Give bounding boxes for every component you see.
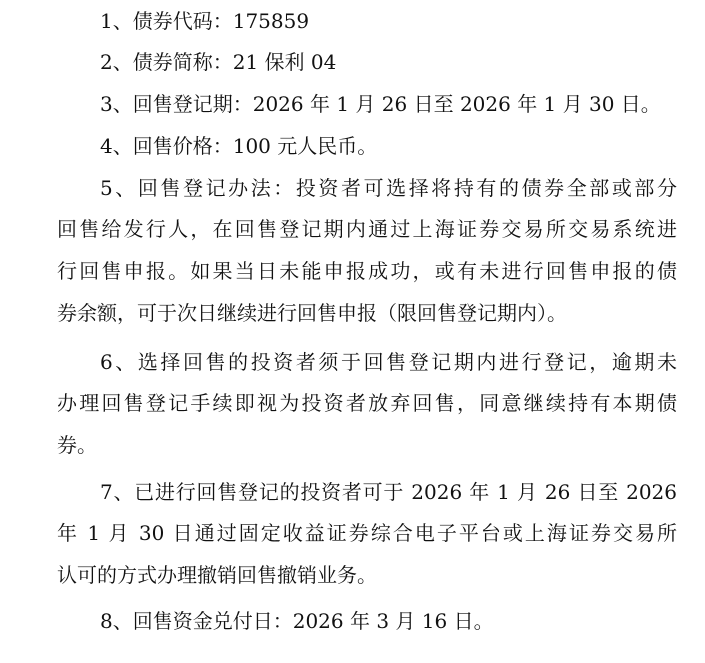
item-1-bond-code: 1、债券代码：175859 [100, 9, 677, 33]
item-8-payment-date: 8、回售资金兑付日：2026 年 3 月 16 日。 [100, 609, 677, 633]
item-5-line-4: 券余额，可于次日继续进行回售申报（限回售登记期内）。 [57, 301, 677, 325]
item-6-line-1: 6、选择回售的投资者须于回售登记期内进行登记，逾期未 [100, 350, 677, 374]
item-4-putback-price: 4、回售价格：100 元人民币。 [100, 134, 677, 158]
item-5-line-2: 回售给发行人，在回售登记期内通过上海证券交易所交易系统进 [57, 217, 677, 241]
item-7-line-2: 年 1 月 30 日通过固定收益证券综合电子平台或上海证券交易所 [57, 521, 677, 545]
item-6-line-2: 办理回售登记手续即视为投资者放弃回售，同意继续持有本期债 [57, 391, 677, 415]
item-7-line-1: 7、已进行回售登记的投资者可于 2026 年 1 月 26 日至 2026 [100, 480, 677, 504]
item-2-bond-abbreviation: 2、债券简称：21 保利 04 [100, 50, 677, 74]
item-7-line-3: 认可的方式办理撤销回售撤销业务。 [57, 563, 677, 587]
item-5-line-1: 5、回售登记办法：投资者可选择将持有的债券全部或部分 [100, 176, 677, 200]
item-5-line-3: 行回售申报。如果当日未能申报成功，或有未进行回售申报的债 [57, 259, 677, 283]
item-6-line-3: 券。 [57, 433, 677, 457]
item-3-putback-registration-period: 3、回售登记期：2026 年 1 月 26 日至 2026 年 1 月 30 日… [100, 92, 677, 116]
